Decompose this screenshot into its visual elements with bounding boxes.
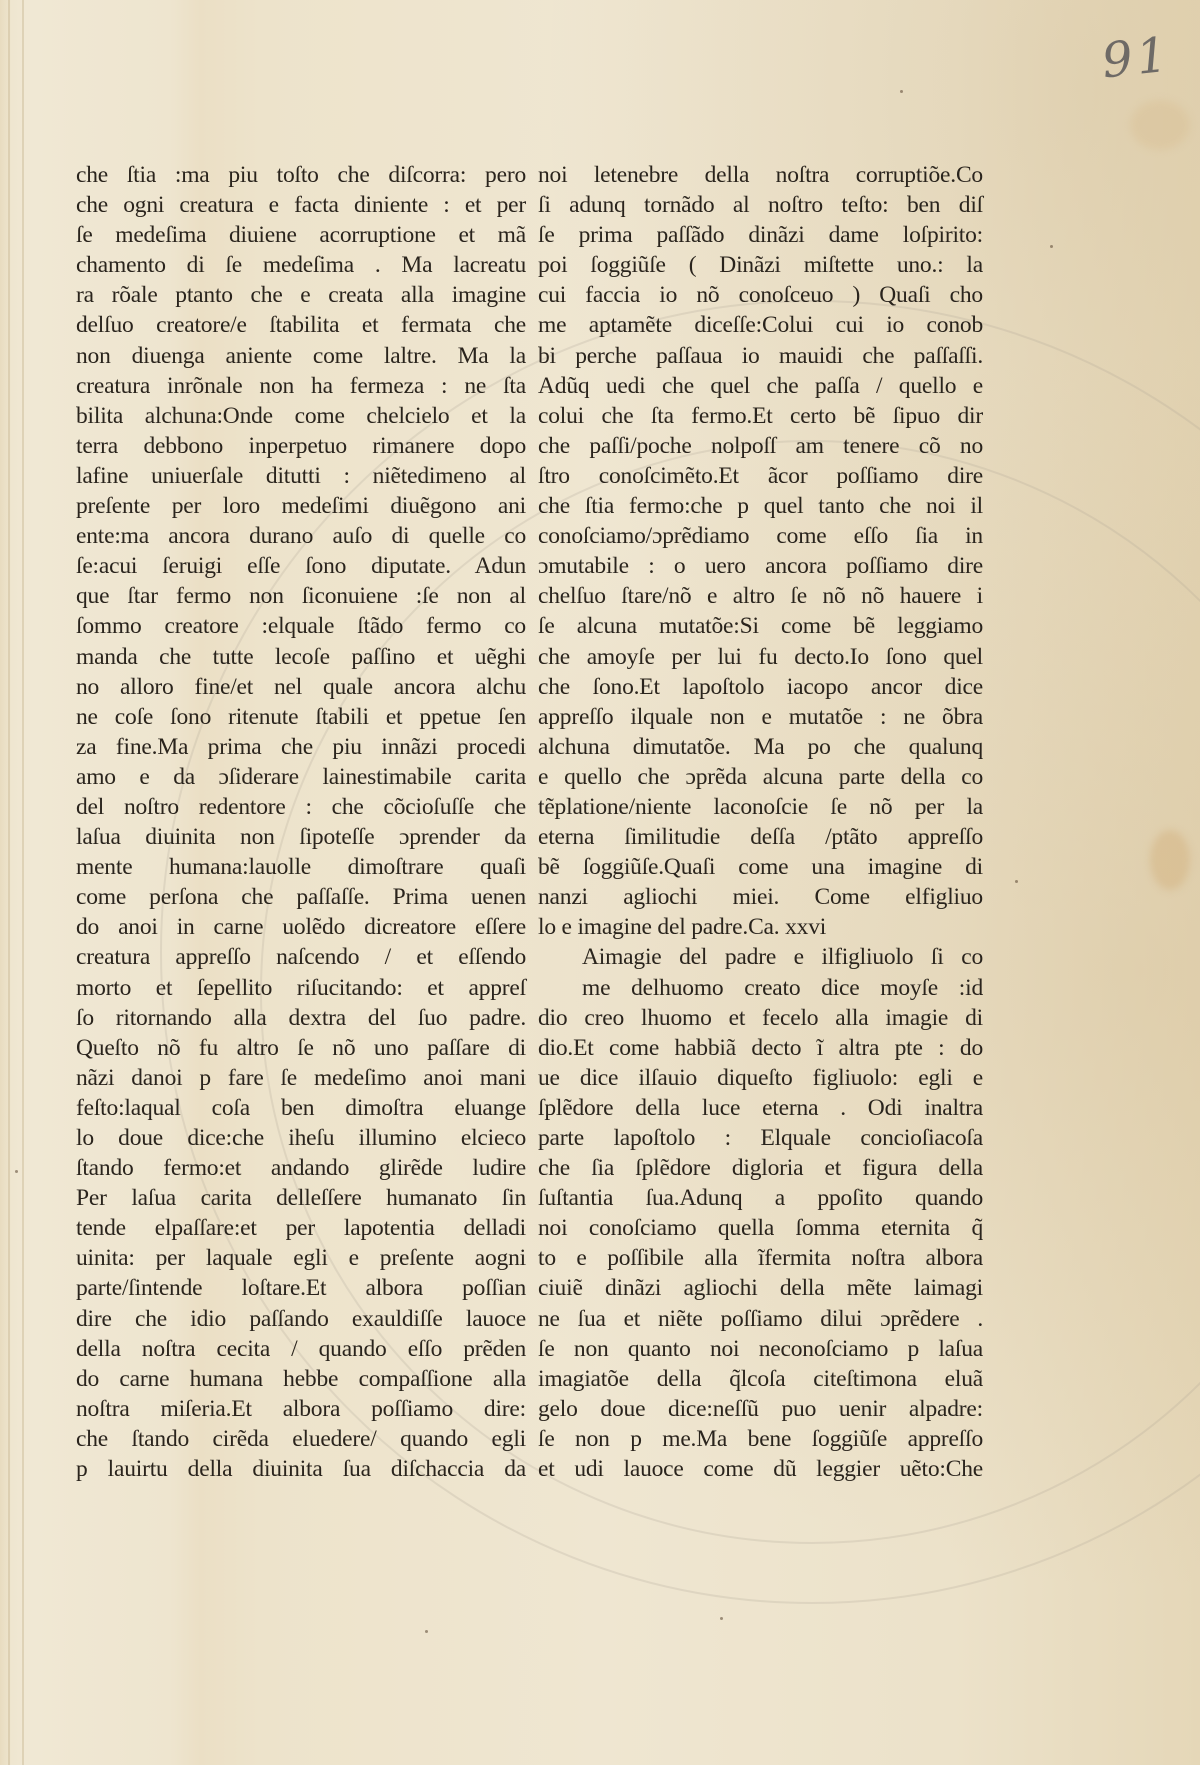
text-line: che ogni creatura e facta diniente : et … — [76, 190, 526, 220]
text-line: lo doue dice:che iheſu illumino elcieco — [76, 1123, 526, 1153]
text-line: amo e da ɔſiderare lainestimabile carita — [76, 762, 526, 792]
text-line: e quello che ɔprẽda alcuna parte della c… — [538, 762, 983, 792]
text-line: ne coſe ſono ritenute ſtabili et ppetue … — [76, 702, 526, 732]
text-line: che ſono.Et lapoſtolo iacopo ancor dice — [538, 672, 983, 702]
manuscript-page: 91 che ſtia :ma piu toſto che diſcorra: … — [0, 0, 1200, 1765]
text-line: parte/ſintende loſtare.Et albora poſſian — [76, 1273, 526, 1303]
text-line: non diuenga aniente come laltre. Ma la — [76, 341, 526, 371]
text-line: Adũq uedi che quel che paſſa / quello e — [538, 371, 983, 401]
foxing-stain — [1150, 830, 1190, 890]
text-line: ſo ritornando alla dextra del ſuo padre. — [76, 1003, 526, 1033]
text-line: bilita alchuna:Onde come chelcielo et la — [76, 401, 526, 431]
text-line: preſente per loro medeſimi diuẽgono ani — [76, 491, 526, 521]
text-line: che amoyſe per lui fu decto.Io ſono quel — [538, 642, 983, 672]
text-line: nãzi danoi p fare ſe medeſimo anoi mani — [76, 1063, 526, 1093]
text-line: no alloro fine/et nel quale ancora alchu — [76, 672, 526, 702]
paper-speck — [1050, 245, 1053, 248]
text-line: me delhuomo creato dice moyſe :id — [538, 973, 983, 1003]
text-line: gelo doue dice:neſſũ puo uenir alpadre: — [538, 1394, 983, 1424]
text-line: ſe non p me.Ma bene ſoggiũſe appreſſo — [538, 1424, 983, 1454]
text-line: ſe prima paſſãdo dinãzi dame loſpirito: — [538, 220, 983, 250]
text-line: noi conoſciamo quella ſomma eternita q̃ — [538, 1213, 983, 1243]
text-line: bẽ ſoggiũſe.Quaſi come una imagine di — [538, 852, 983, 882]
text-line: ſommo creatore :elquale ſtãdo fermo co — [76, 611, 526, 641]
text-line: che ſtia :ma piu toſto che diſcorra: per… — [76, 160, 526, 190]
text-column-left: che ſtia :ma piu toſto che diſcorra: per… — [76, 160, 526, 1484]
text-line: ɔmutabile : o uero ancora poſſiamo dire — [538, 551, 983, 581]
text-line: tende elpaſſare:et per lapotentia dellad… — [76, 1213, 526, 1243]
text-line: ſtando fermo:et andando glirẽde ludire — [76, 1153, 526, 1183]
text-line: ſe alcuna mutatõe:Si come bẽ leggiamo — [538, 611, 983, 641]
text-line: laſua diuinita non ſipoteſſe ɔprender da — [76, 822, 526, 852]
text-line: come perſona che paſſaſſe. Prima uenen — [76, 882, 526, 912]
binding-edge-line — [8, 0, 10, 1765]
chapter-opening-line: Aimagie del padre e ilfigliuolo ſi co — [538, 942, 983, 972]
paper-speck — [425, 1630, 428, 1633]
text-line: uinita: per laquale egli e preſente aogn… — [76, 1243, 526, 1273]
binding-edge-line — [22, 0, 24, 1765]
text-line: delſuo creatore/e ſtabilita et fermata c… — [76, 310, 526, 340]
text-line: ſtro conoſcimẽto.Et ãcor poſſiamo dire — [538, 461, 983, 491]
text-line: creatura inrõnale non ha fermeza : ne ſt… — [76, 371, 526, 401]
text-line: ne ſua et niẽte poſſiamo dilui ɔprẽdere … — [538, 1304, 983, 1334]
text-line: alchuna dimutatõe. Ma po che qualunq — [538, 732, 983, 762]
text-line: che ſtando cirẽda eluedere/ quando egli — [76, 1424, 526, 1454]
text-line: dio.Et come habbiã decto ĩ altra pte : d… — [538, 1033, 983, 1063]
text-line: ſplẽdore della luce eterna . Odi inaltra — [538, 1093, 983, 1123]
text-line: imagiatõe della q̃lcoſa citeſtimona eluã — [538, 1364, 983, 1394]
text-line: parte lapoſtolo : Elquale concioſiacoſa — [538, 1123, 983, 1153]
foxing-stain — [1130, 100, 1190, 150]
paper-speck — [15, 1170, 18, 1173]
chapter-heading-line: nanzi agliochi miei. Come elfigliuo — [538, 882, 983, 912]
text-line: ra rõale ptanto che e creata alla imagin… — [76, 280, 526, 310]
text-line: p lauirtu della diuinita ſua diſchaccia … — [76, 1454, 526, 1484]
text-line: et udi lauoce come dũ leggier uẽto:Che — [538, 1454, 983, 1484]
text-line: dio creo lhuomo et fecelo alla imagie di — [538, 1003, 983, 1033]
text-line: creatura appreſſo naſcendo / et eſſendo — [76, 942, 526, 972]
text-line: ue dice ilſauio diqueſto figliuolo: egli… — [538, 1063, 983, 1093]
paper-speck — [1015, 880, 1018, 883]
text-line: tẽplatione/niente laconoſcie ſe nõ per l… — [538, 792, 983, 822]
text-line: ſe:acui ſeruigi eſſe ſono diputate. Adun — [76, 551, 526, 581]
text-line: dire che idio paſſando exauldiſſe lauoce — [76, 1304, 526, 1334]
text-line: ſe medeſima diuiene acorruptione et mã — [76, 220, 526, 250]
chapter-heading-line: lo e imagine del padre.Ca. xxvi — [538, 912, 983, 942]
text-line: do carne humana hebbe compaſſione alla — [76, 1364, 526, 1394]
text-line: noi letenebre della noſtra corruptiõe.Co — [538, 160, 983, 190]
text-line: del noſtro redentore : che cõcioſuſſe ch… — [76, 792, 526, 822]
text-line: ſi adunq tornãdo al noſtro teſto: ben di… — [538, 190, 983, 220]
folio-number: 91 — [1099, 27, 1174, 90]
paper-speck — [900, 90, 903, 93]
text-line: mente humana:lauolle dimoſtrare quaſi — [76, 852, 526, 882]
text-line: Per laſua carita delleſſere humanato ſin — [76, 1183, 526, 1213]
text-line: bi perche paſſaua io mauidi che paſſaſſi… — [538, 341, 983, 371]
paper-speck — [720, 1617, 723, 1620]
text-line: della noſtra cecita / quando eſſo prẽden — [76, 1334, 526, 1364]
text-line: conoſciamo/ɔprẽdiamo come eſſo ſia in — [538, 521, 983, 551]
text-line: que ſtar fermo non ſiconuiene :ſe non al — [76, 581, 526, 611]
text-line: do anoi in carne uolẽdo dicreatore eſſer… — [76, 912, 526, 942]
text-column-right: noi letenebre della noſtra corruptiõe.Co… — [538, 160, 983, 1484]
text-line: eterna ſimilitudie deſſa /ptãto appreſſo — [538, 822, 983, 852]
text-line: colui che ſta fermo.Et certo bẽ ſipuo di… — [538, 401, 983, 431]
text-line: feſto:laqual coſa ben dimoſtra eluange — [76, 1093, 526, 1123]
text-line: za fine.Ma prima che piu innãzi procedi — [76, 732, 526, 762]
text-line: ciuiẽ dinãzi agliochi della mẽte laimagi — [538, 1273, 983, 1303]
text-line: che ſia ſplẽdore digloria et figura dell… — [538, 1153, 983, 1183]
text-line: ſe non quanto noi neconoſciamo p laſua — [538, 1334, 983, 1364]
text-line: ente:ma ancora durano auſo di quelle co — [76, 521, 526, 551]
text-line: appreſſo ilquale non e mutatõe : ne õbra — [538, 702, 983, 732]
text-line: che paſſi/poche nolpoſſ am tenere cõ no — [538, 431, 983, 461]
text-line: che ſtia fermo:che p quel tanto che noi … — [538, 491, 983, 521]
text-line: ſuſtantia ſua.Adunq a ppoſito quando — [538, 1183, 983, 1213]
text-line: chamento di ſe medeſima . Ma lacreatu — [76, 250, 526, 280]
text-line: Queſto nõ fu altro ſe nõ uno paſſare di — [76, 1033, 526, 1063]
text-line: poi ſoggiũſe ( Dinãzi miſtette uno.: la — [538, 250, 983, 280]
text-line: noſtra miſeria.Et albora poſſiamo dire: — [76, 1394, 526, 1424]
text-line: me aptamẽte diceſſe:Colui cui io conob — [538, 310, 983, 340]
text-line: morto et ſepellito riſucitando: et appre… — [76, 973, 526, 1003]
text-line: lafine uniuerſale ditutti : niẽtedimeno … — [76, 461, 526, 491]
text-line: terra debbono inperpetuo rimanere dopo — [76, 431, 526, 461]
text-line: cui faccia io nõ conoſceuo ) Quaſi cho — [538, 280, 983, 310]
text-line: chelſuo ſtare/nõ e altro ſe nõ nõ hauere… — [538, 581, 983, 611]
text-line: manda che tutte lecoſe paſſino et uẽghi — [76, 642, 526, 672]
text-line: to e poſſibile alla ĩfermita noſtra albo… — [538, 1243, 983, 1273]
